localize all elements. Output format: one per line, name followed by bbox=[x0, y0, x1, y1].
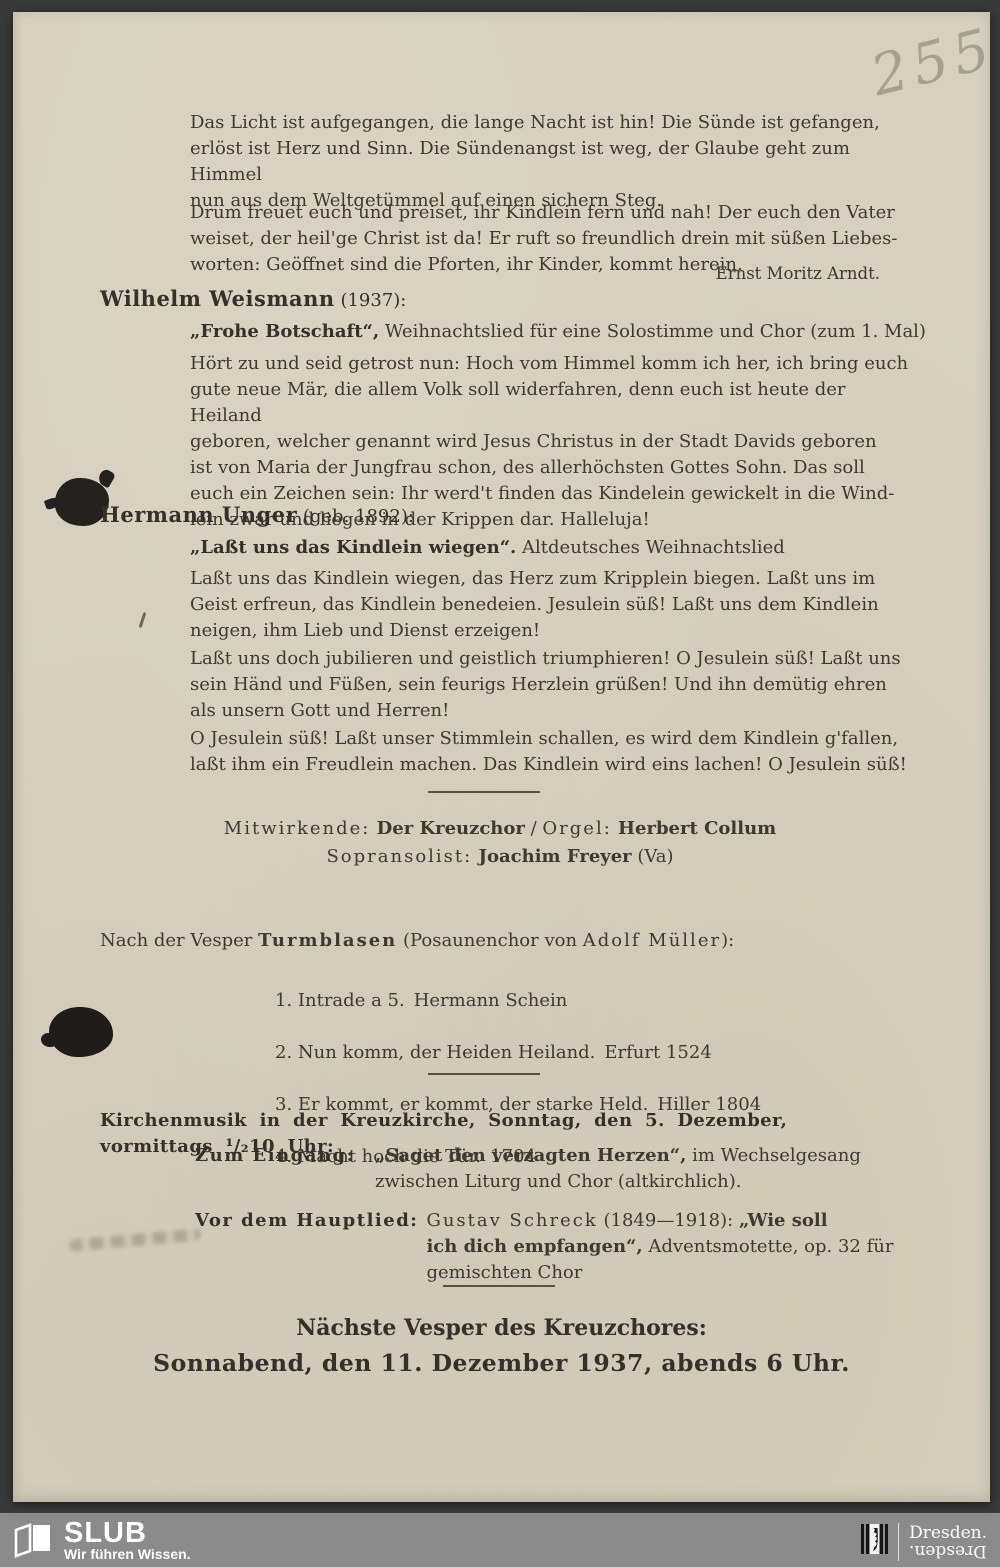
slub-book-icon bbox=[13, 1520, 53, 1563]
library-footer-bar: SLUB Wir führen Wissen. Dresden. Dresden… bbox=[0, 1513, 1000, 1567]
work-title-frohe-botschaft: „Frohe Botschaft“, Weihnachtslied für ei… bbox=[190, 319, 930, 345]
section-divider-3 bbox=[443, 1285, 555, 1287]
eingang-label: Zum Eingang: bbox=[195, 1143, 375, 1169]
intro-paragraph-1: Das Licht ist aufgegangen, die lange Nac… bbox=[190, 110, 910, 214]
turmblasen-item-1: 1. Intrade a 5. Hermann Schein bbox=[275, 988, 835, 1014]
performers-freyer-suffix: (Va) bbox=[632, 846, 674, 867]
slub-text-column: SLUB Wir führen Wissen. bbox=[64, 1520, 191, 1562]
slub-wordmark: SLUB bbox=[64, 1520, 191, 1547]
dresden-wordmark-mirrored: Dresden. bbox=[909, 1542, 987, 1559]
hauptlied-composer: Gustav Schreck bbox=[426, 1210, 597, 1231]
performers-freyer: Joachim Freyer bbox=[472, 846, 631, 867]
performers-collum: Herbert Collum bbox=[612, 818, 776, 839]
composer-dates: (geb. 1892): bbox=[297, 506, 414, 527]
unger-verse-1: Laßt uns das Kindlein wiegen, das Herz z… bbox=[190, 566, 920, 644]
unger-verse-2: Laßt uns doch jubilieren und geistlich t… bbox=[190, 646, 920, 724]
work-title-subtitle: Weihnachtslied für eine Solostimme und C… bbox=[379, 321, 926, 342]
work-title-kindlein-wiegen: „Laßt uns das Kindlein wiegen“. Altdeuts… bbox=[190, 535, 930, 561]
turmblasen-mueller: Adolf Müller bbox=[583, 930, 721, 951]
work-title-bold: „Laßt uns das Kindlein wiegen“. bbox=[190, 537, 516, 558]
turmblasen-pre: Nach der Vesper bbox=[100, 930, 258, 951]
performers-line-2: Sopransolist: Joachim Freyer (Va) bbox=[180, 844, 820, 870]
turmblasen-item-2: 2. Nun komm, der Heiden Heiland. Erfurt … bbox=[275, 1040, 835, 1066]
dresden-wordmark: Dresden. bbox=[909, 1525, 987, 1542]
slub-tagline: Wir führen Wissen. bbox=[64, 1547, 191, 1562]
performers-kreuzchor: Der Kreuzchor bbox=[370, 818, 525, 839]
dresden-text-column: Dresden. Dresden. bbox=[909, 1525, 987, 1559]
next-vesper-heading: Nächste Vesper des Kreuzchores: bbox=[13, 1315, 990, 1341]
hauptlied-content: Gustav Schreck (1849—1918): „Wie soll ic… bbox=[426, 1208, 906, 1286]
turmblasen-close: ): bbox=[721, 930, 734, 951]
eingang-work-title: „Saget den verzagten Herzen“, bbox=[375, 1145, 686, 1166]
performers-line-1: Mitwirkende: Der Kreuzchor / Orgel: Herb… bbox=[180, 816, 820, 842]
hauptlied-composer-dates: (1849—1918): bbox=[598, 1210, 739, 1231]
ink-bleed-through-mark bbox=[69, 1228, 202, 1251]
work-title-bold: „Frohe Botschaft“, bbox=[190, 321, 379, 342]
handwritten-page-number: 255 bbox=[870, 35, 997, 90]
ink-blot-bottom bbox=[49, 1007, 113, 1057]
scan-viewport: 255 Das Licht ist aufgegangen, die lange… bbox=[0, 0, 1000, 1567]
turmblasen-heading: Nach der Vesper Turmblasen (Posaunenchor… bbox=[100, 928, 900, 954]
hauptlied-label: Vor dem Hauptlied: bbox=[195, 1208, 418, 1234]
section-divider-1 bbox=[428, 791, 540, 793]
attribution-ernst-moritz-arndt: Ernst Moritz Arndt. bbox=[190, 261, 880, 287]
performers-label-mitwirkende: Mitwirkende: bbox=[224, 818, 371, 839]
composer-heading-weismann: Wilhelm Weismann (1937): bbox=[100, 286, 700, 314]
stray-pen-mark bbox=[139, 612, 147, 628]
slub-logo: SLUB Wir führen Wissen. bbox=[13, 1520, 191, 1563]
performers-label-orgel: Orgel: bbox=[542, 818, 611, 839]
work-title-subtitle: Altdeutsches Weihnachtslied bbox=[516, 537, 784, 558]
composer-name: Wilhelm Weismann bbox=[100, 286, 335, 311]
section-divider-2 bbox=[428, 1073, 540, 1075]
eingang-content: „Saget den verzagten Herzen“, im Wechsel… bbox=[375, 1143, 875, 1195]
turmblasen-post: (Posaunenchor von bbox=[397, 930, 583, 951]
unger-verse-3: O Jesulein süß! Laßt unser Stimmlein sch… bbox=[190, 726, 920, 778]
performers-separator: / bbox=[525, 818, 543, 839]
composer-dates: (1937): bbox=[335, 290, 407, 311]
composer-heading-unger: Hermann Unger (geb. 1892): bbox=[100, 502, 700, 530]
eingang-row: Zum Eingang: „Saget den verzagten Herzen… bbox=[195, 1143, 895, 1195]
turmblasen-title: Turmblasen bbox=[258, 930, 397, 951]
hauptlied-row: Vor dem Hauptlied: Gustav Schreck (1849—… bbox=[195, 1208, 915, 1286]
dresden-logo: Dresden. Dresden. bbox=[861, 1521, 987, 1562]
next-vesper-date: Sonnabend, den 11. Dezember 1937, abends… bbox=[13, 1350, 990, 1376]
dresden-coat-of-arms-icon bbox=[861, 1521, 888, 1562]
dresden-divider-line bbox=[898, 1523, 899, 1561]
performers-label-sopransolist: Sopransolist: bbox=[326, 846, 472, 867]
scanned-document-page: 255 Das Licht ist aufgegangen, die lange… bbox=[13, 12, 990, 1502]
composer-name: Hermann Unger bbox=[100, 502, 297, 527]
